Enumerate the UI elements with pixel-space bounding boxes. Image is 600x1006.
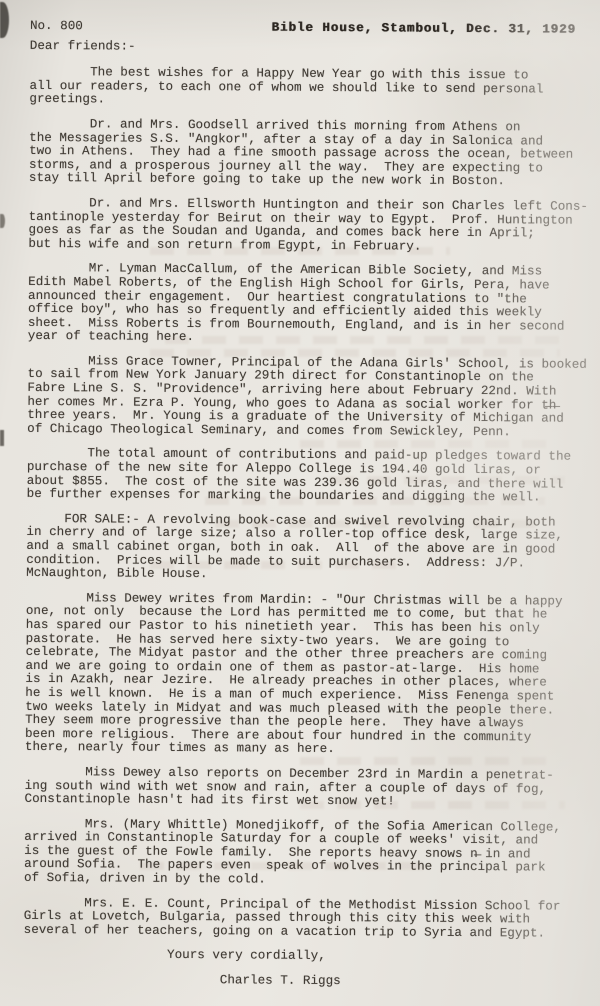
scan-blot-artifact: [0, 2, 9, 38]
scan-blot-artifact: [0, 430, 4, 446]
valediction: Yours very cordially,: [23, 948, 591, 966]
letter-paragraph-monedjikoff: Mrs. (Mary Whittle) Monedjikoff, of the …: [24, 818, 592, 890]
letter-paragraph-engagement: Mr. Lyman MacCallum, of the American Bib…: [28, 262, 597, 348]
letter-paragraph-new-year: The best wishes for a Happy New Year go …: [29, 66, 597, 111]
scan-blot-artifact: [0, 214, 5, 228]
letter-paragraph-for-sale: FOR SALE:- A revolving book-case and swi…: [26, 513, 594, 585]
letter-body: No. 800 Bible House, Stamboul, Dec. 31, …: [23, 20, 598, 991]
issue-number: No. 800: [30, 20, 83, 34]
letter-paragraph-count: Mrs. E. E. Count, Principal of the Metho…: [24, 897, 592, 942]
letter-paragraph-huntington: Dr. and Mrs. Ellsworth Huntington and th…: [28, 197, 596, 255]
letter-header: No. 800 Bible House, Stamboul, Dec. 31, …: [30, 20, 598, 38]
letter-paragraph-towner: Miss Grace Towner, Principal of the Adan…: [27, 355, 596, 441]
salutation: Dear friends:-: [30, 39, 598, 57]
letter-paragraph-dewey-mardin: Miss Dewey writes from Mardin: - "Our Ch…: [25, 592, 594, 759]
scanned-letter-page: No. 800 Bible House, Stamboul, Dec. 31, …: [0, 0, 600, 1006]
dateline: Bible House, Stamboul, Dec. 31, 1929: [271, 22, 576, 38]
letter-paragraph-dewey-weather: Miss Dewey also reports on December 23rd…: [25, 766, 593, 811]
signature: Charles T. Riggs: [23, 973, 591, 991]
letter-paragraph-goodsell: Dr. and Mrs. Goodsell arrived this morni…: [29, 118, 597, 190]
letter-paragraph-aleppo-college: The total amount of contributions and pa…: [27, 447, 595, 505]
